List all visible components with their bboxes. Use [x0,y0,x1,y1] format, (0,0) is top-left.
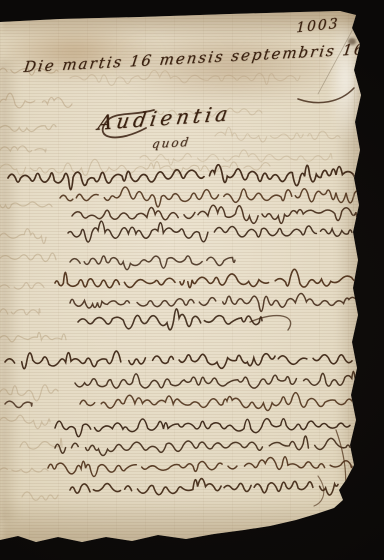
bleedthrough-line [22,492,58,500]
bleedthrough-line [0,202,52,209]
bleedthrough-line [0,125,56,132]
bleedthrough-line [0,385,58,401]
handwriting-line [48,457,352,477]
handwriting-line [70,256,235,270]
handwriting-line [80,393,352,411]
bleedthrough-line [0,146,46,152]
handwriting-line [5,351,352,369]
bleedthrough-line [0,309,40,315]
handwriting-line [60,187,362,207]
heading-note: quod [151,135,191,151]
manuscript-page: 1003 Die martis 16 mensis septembris 168… [0,0,384,560]
bleedthrough-line [0,468,48,473]
bleedthrough-line [70,70,300,85]
pen-flourish [336,430,346,512]
bleedthrough-line [0,332,66,341]
pen-flourish [250,316,291,330]
handwriting-line [55,269,362,287]
bleedthrough-line [0,229,46,244]
bleedthrough-line [0,253,56,261]
bleedthrough-line [0,283,44,290]
handwriting-line [55,419,350,437]
handwriting-line [70,479,338,495]
handwriting-line [68,221,352,242]
handwriting-line [72,205,358,223]
handwriting-line [5,401,32,407]
handwriting-layer [0,0,384,560]
handwriting-line [78,309,262,330]
bleedthrough-line [0,415,50,428]
bleedthrough-line [0,93,72,108]
bleedthrough-line [215,127,340,142]
bleedthrough-line [0,159,270,175]
handwriting-line [55,436,350,455]
pen-flourish [298,88,354,103]
handwriting-line [70,293,358,311]
handwriting-line [75,371,355,388]
photo-background: 1003 Die martis 16 mensis septembris 168… [0,0,384,560]
